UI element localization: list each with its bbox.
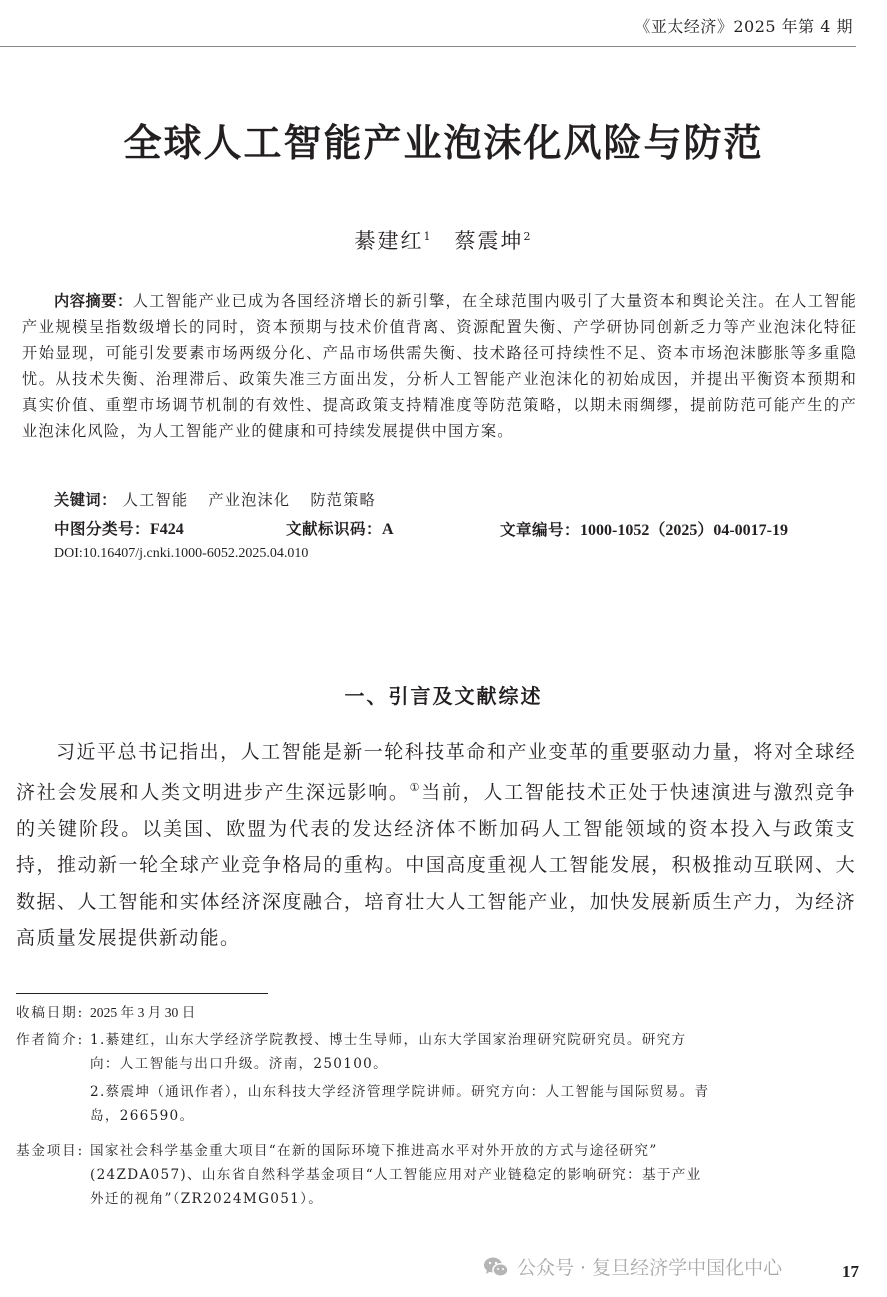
article-number: 文章编号：1000-1052（2025）04-0017-19 bbox=[500, 517, 788, 540]
author-name: 綦建红 bbox=[355, 229, 424, 253]
running-head: 《亚太经济》2025 年第 4 期 bbox=[634, 14, 853, 37]
body-text-part: 当前，人工智能技术正处于快速演进与激烈竞争的关键阶段。以美国、欧盟为代表的发达经… bbox=[16, 782, 856, 949]
document-code: 文献标识码：A bbox=[286, 517, 500, 540]
clc-number: 中图分类号：F424 bbox=[54, 517, 286, 540]
keywords: 关键词： 人工智能 产业泡沫化 防范策略 bbox=[54, 489, 390, 510]
received-date: 收稿日期:2025 年 3 月 30 日 bbox=[16, 1001, 858, 1025]
author-affiliation-mark: 2 bbox=[524, 230, 533, 243]
abstract-text: 人工智能产业已成为各国经济增长的新引擎，在全球范围内吸引了大量资本和舆论关注。在… bbox=[22, 292, 857, 440]
classification-line: 中图分类号：F424 文献标识码：A 文章编号：1000-1052（2025）0… bbox=[54, 517, 854, 540]
keyword: 产业泡沫化 bbox=[208, 491, 290, 509]
doi[interactable]: DOI:10.16407/j.cnki.1000-6052.2025.04.01… bbox=[54, 546, 308, 562]
body-paragraph: 习近平总书记指出，人工智能是新一轮科技革命和产业变革的重要驱动力量，将对全球经济… bbox=[16, 734, 856, 956]
keyword: 人工智能 bbox=[123, 491, 189, 509]
author-list: 綦建红1蔡震坤2 bbox=[0, 225, 887, 255]
keywords-label: 关键词： bbox=[54, 491, 117, 509]
article-title: 全球人工智能产业泡沫化风险与防范 bbox=[0, 112, 887, 167]
abstract-label: 内容摘要： bbox=[22, 292, 133, 310]
author-bio: 作者简介:1.綦建红，山东大学经济学院教授、博士生导师，山东大学国家治理研究院研… bbox=[16, 1028, 858, 1128]
section-heading: 一、引言及文献综述 bbox=[0, 680, 887, 709]
fund-project: 基金项目:国家社会科学基金重大项目“在新的国际环境下推进高水平对外开放的方式与途… bbox=[16, 1139, 858, 1211]
abstract: 内容摘要：人工智能产业已成为各国经济增长的新引擎，在全球范围内吸引了大量资本和舆… bbox=[22, 288, 857, 444]
watermark-text: 公众号 · 复旦经济学中国化中心 bbox=[517, 1253, 782, 1280]
keyword: 防范策略 bbox=[310, 491, 376, 509]
watermark: 公众号 · 复旦经济学中国化中心 bbox=[483, 1253, 782, 1280]
footnote-ref[interactable]: ① bbox=[410, 781, 422, 794]
footnote-rule bbox=[16, 993, 268, 994]
author-name: 蔡震坤 bbox=[455, 229, 524, 253]
wechat-icon bbox=[483, 1256, 509, 1278]
header-rule bbox=[0, 46, 856, 47]
author-affiliation-mark: 1 bbox=[424, 230, 433, 243]
page-number: 17 bbox=[842, 1262, 859, 1282]
